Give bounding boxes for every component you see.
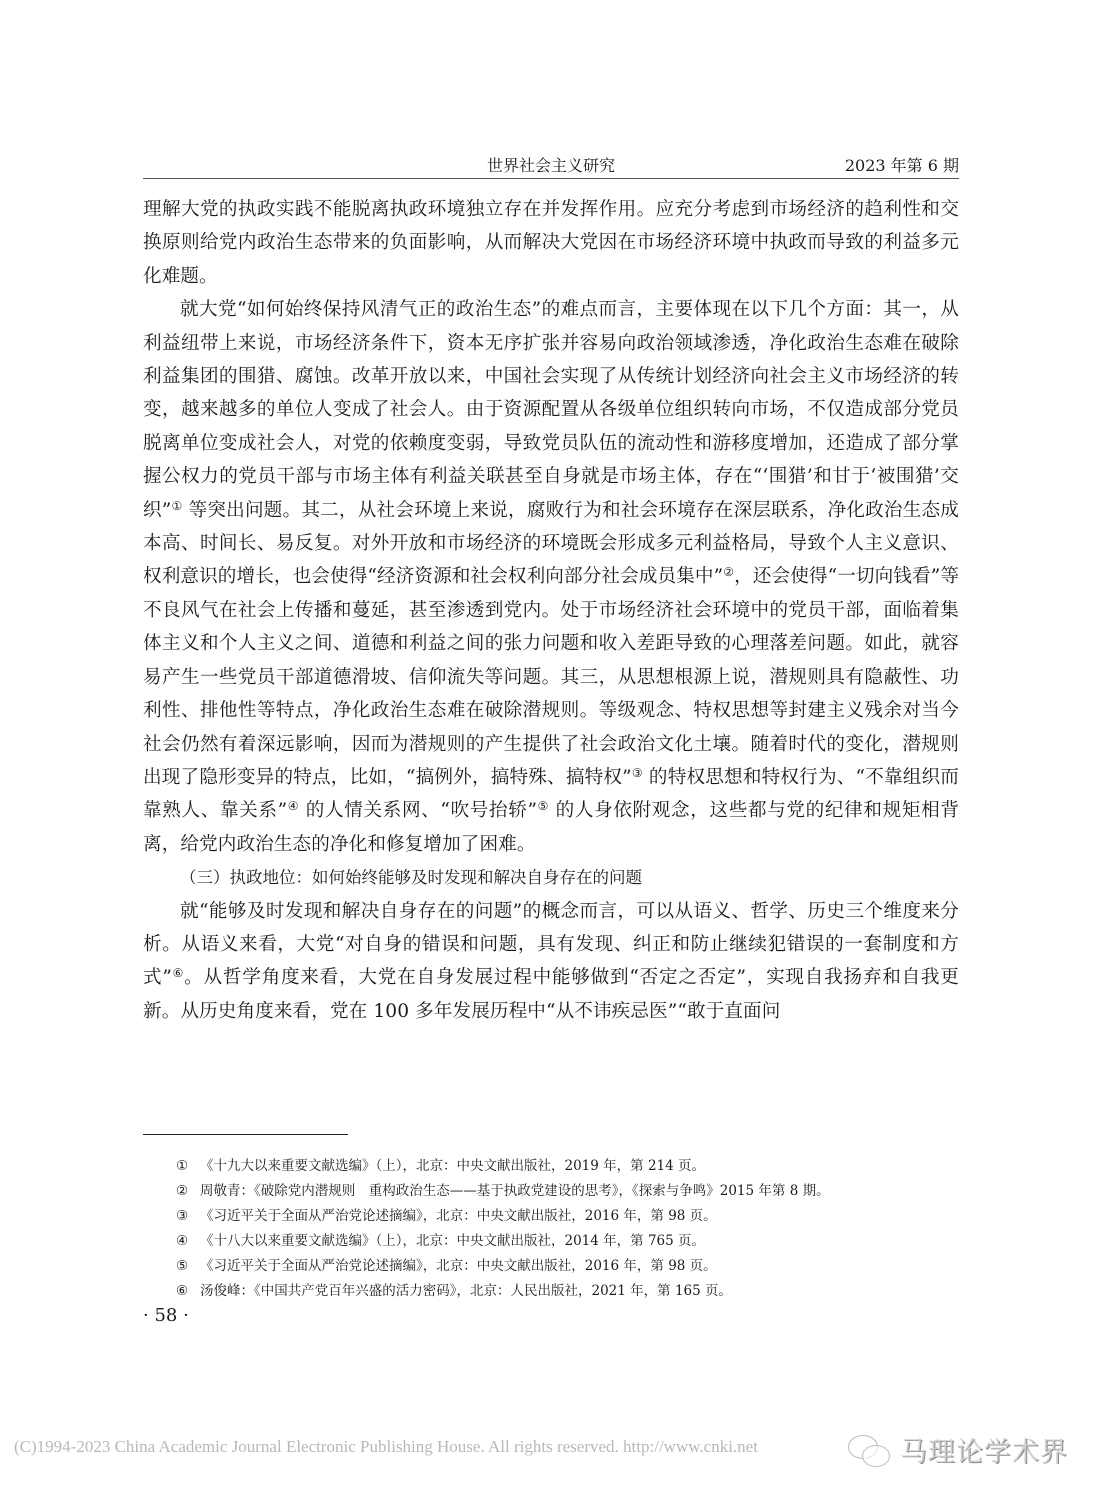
paragraph-2: 就大党“如何始终保持风清气正的政治生态”的难点而言，主要体现在以下几个方面：其一… [143,293,959,861]
footnote-3: ③《习近平关于全面从严治党论述摘编》，北京：中央文献出版社，2016 年，第 9… [143,1204,959,1229]
paragraph-text: 就大党“如何始终保持风清气正的政治生态”的难点而言，主要体现在以下几个方面：其一… [143,299,959,520]
running-header: 世界社会主义研究 2023 年第 6 期 [143,150,959,179]
footnote-ref-3[interactable]: ③ [632,766,643,780]
footnote-marker: ⑤ [176,1254,200,1279]
paragraph-text: 。从哲学角度来看，大党在自身发展过程中能够做到“否定之否定”，实现自我扬弃和自我… [143,967,959,1021]
watermark-text: 马理论学术界 [900,1430,1068,1469]
footnote-ref-1[interactable]: ① [171,499,182,513]
wechat-icon [848,1433,900,1467]
footnote-ref-5[interactable]: ⑤ [537,799,549,813]
footnote-marker: ① [176,1154,200,1179]
footnote-text: 《十九大以来重要文献选编》（上），北京：中央文献出版社，2019 年，第 214… [200,1158,705,1174]
footnote-text: 《十八大以来重要文献选编》（上），北京：中央文献出版社，2014 年，第 765… [200,1233,705,1249]
footnote-text: 《习近平关于全面从严治党论述摘编》，北京：中央文献出版社，2016 年，第 98… [200,1258,717,1274]
paragraph-1: 理解大党的执政实践不能脱离执政环境独立存在并发挥作用。应充分考虑到市场经济的趋利… [143,193,959,293]
paragraph-text: ，还会使得“一切向钱看”等不良风气在社会上传播和蔓延，甚至渗透到党内。处于市场经… [143,566,959,787]
issue-number: 2023 年第 6 期 [845,153,959,176]
footnotes: ①《十九大以来重要文献选编》（上），北京：中央文献出版社，2019 年，第 21… [143,1154,959,1304]
footnote-marker: ⑥ [176,1279,200,1304]
footnote-6: ⑥汤俊峰：《中国共产党百年兴盛的活力密码》，北京：人民出版社，2021 年，第 … [143,1279,959,1304]
footnote-marker: ③ [176,1204,200,1229]
footnote-4: ④《十八大以来重要文献选编》（上），北京：中央文献出版社，2014 年，第 76… [143,1229,959,1254]
footnote-ref-2[interactable]: ② [723,565,734,579]
page-number: · 58 · [143,1305,189,1326]
paragraph-text: 理解大党的执政实践不能脱离执政环境独立存在并发挥作用。应充分考虑到市场经济的趋利… [143,199,959,287]
footnote-text: 《习近平关于全面从严治党论述摘编》，北京：中央文献出版社，2016 年，第 98… [200,1208,717,1224]
footnote-ref-4[interactable]: ④ [287,799,299,813]
footnote-2: ②周敬青：《破除党内潜规则 重构政治生态——基于执政党建设的思考》，《探索与争鸣… [143,1179,959,1204]
article-body: 理解大党的执政实践不能脱离执政环境独立存在并发挥作用。应充分考虑到市场经济的趋利… [143,193,959,1028]
footnote-5: ⑤《习近平关于全面从严治党论述摘编》，北京：中央文献出版社，2016 年，第 9… [143,1254,959,1279]
journal-title: 世界社会主义研究 [143,153,959,176]
footnote-1: ①《十九大以来重要文献选编》（上），北京：中央文献出版社，2019 年，第 21… [143,1154,959,1179]
paragraph-3: 就“能够及时发现和解决自身存在的问题”的概念而言，可以从语义、哲学、历史三个维度… [143,895,959,1029]
copyright-notice: (C)1994-2023 China Academic Journal Elec… [14,1437,758,1457]
footnote-text: 周敬青：《破除党内潜规则 重构政治生态——基于执政党建设的思考》，《探索与争鸣》… [200,1183,830,1199]
footnote-text: 汤俊峰：《中国共产党百年兴盛的活力密码》，北京：人民出版社，2021 年，第 1… [200,1283,732,1299]
footnote-ref-6[interactable]: ⑥ [172,966,184,980]
paragraph-text: 的人情关系网、“吹号抬轿” [299,800,537,821]
section-heading: （三）执政地位：如何始终能够及时发现和解决自身存在的问题 [143,861,959,894]
footnote-divider [143,1134,348,1135]
watermark: 马理论学术界 [848,1430,1068,1469]
footnote-marker: ② [176,1179,200,1204]
footnote-marker: ④ [176,1229,200,1254]
